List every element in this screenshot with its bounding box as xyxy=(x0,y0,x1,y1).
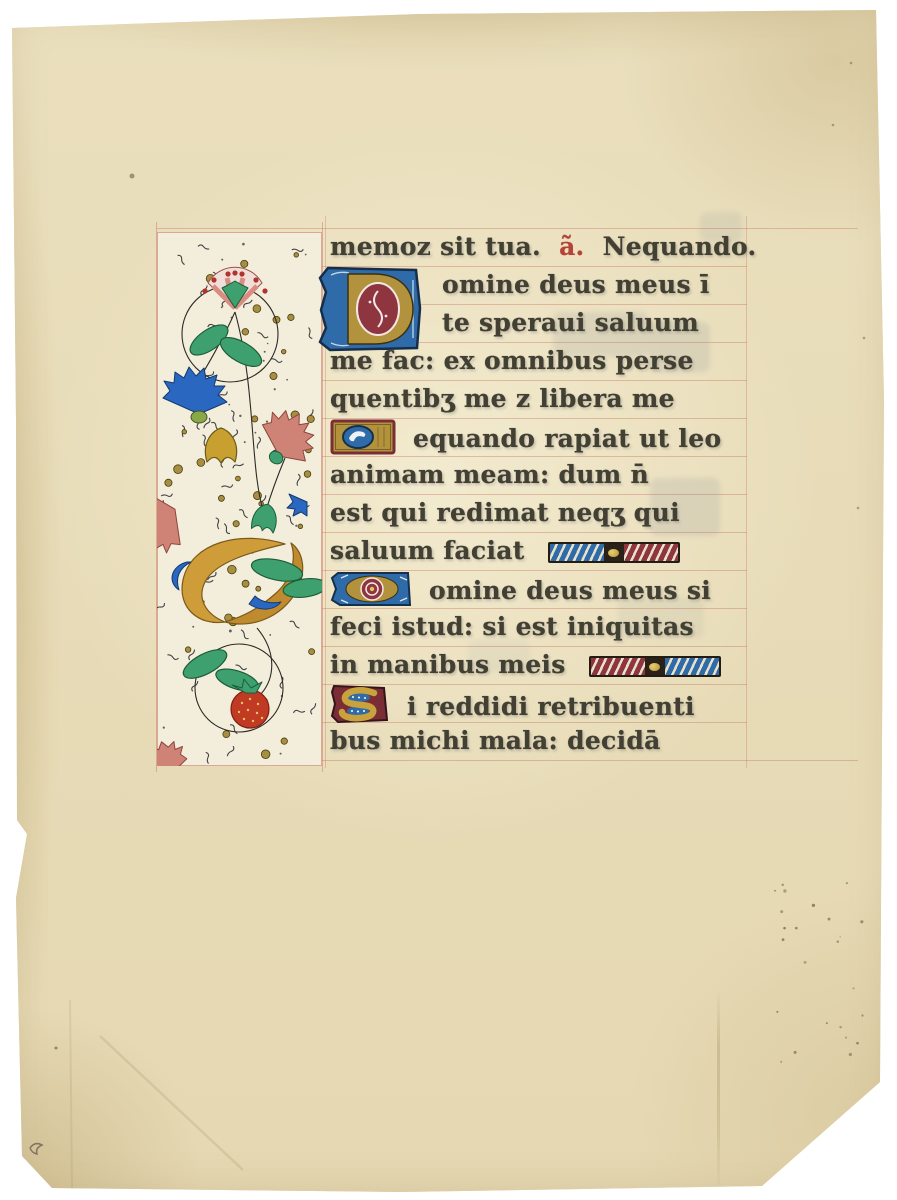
manuscript-text-line: est qui redimat neqʒ qui xyxy=(330,494,748,532)
manuscript-text-line: animam meam: dum n̄ xyxy=(330,456,748,494)
manuscript-text-line: te speraui saluum xyxy=(330,304,748,342)
line-text: saluum faciat xyxy=(330,536,525,565)
line-text: memoz sit tua. xyxy=(330,232,541,261)
line-filler xyxy=(589,656,721,677)
manuscript-text-line: equando rapiat ut leo xyxy=(330,418,748,456)
filler-left-segment xyxy=(550,544,604,561)
scanner-background: memoz sit tua. ã. Nequando.omine deus me… xyxy=(0,0,897,1200)
line-text: Nequando. xyxy=(603,232,757,261)
line-text: est qui redimat neqʒ qui xyxy=(330,498,680,527)
rubric-letter: ã. xyxy=(559,232,585,261)
manuscript-text-line: memoz sit tua. ã. Nequando. xyxy=(330,228,748,266)
line-text: animam meam: dum n̄ xyxy=(330,460,649,489)
filler-center xyxy=(604,544,624,561)
line-text xyxy=(541,232,559,261)
crease-line xyxy=(717,988,720,1194)
manuscript-text-line: omine deus meus ī xyxy=(330,266,748,304)
filler-right-segment xyxy=(624,544,678,561)
line-text: equando rapiat ut leo xyxy=(413,424,721,453)
manuscript-leaf: memoz sit tua. ã. Nequando.omine deus me… xyxy=(0,0,897,1200)
line-text: bus michi mala: decidā xyxy=(330,726,661,755)
manuscript-text-line: quentibʒ me z libera me xyxy=(330,380,748,418)
manuscript-text-line: me fac: ex omnibus perse xyxy=(330,342,748,380)
illuminated-border-panel xyxy=(157,232,322,766)
filler-gold-dot xyxy=(649,663,660,671)
illuminated-initial-S xyxy=(330,684,390,724)
line-text: te speraui saluum xyxy=(442,308,699,337)
filler-right-segment xyxy=(665,658,719,675)
line-text: omine deus meus si xyxy=(429,576,711,605)
line-text xyxy=(585,232,603,261)
line-text: omine deus meus ī xyxy=(442,270,710,299)
line-text: me fac: ex omnibus perse xyxy=(330,346,694,375)
manuscript-text-line: feci istud: si est iniquitas xyxy=(330,608,748,646)
line-filler xyxy=(548,542,680,563)
filler-left-segment xyxy=(591,658,645,675)
filler-center xyxy=(645,658,665,675)
manuscript-text-line: i reddidi retribuenti xyxy=(330,684,748,722)
illuminated-initial-N xyxy=(330,418,396,456)
manuscript-text-line: bus michi mala: decidā xyxy=(330,722,748,760)
filler-gold-dot xyxy=(608,549,619,557)
manuscript-text-line: saluum faciat xyxy=(330,532,748,570)
line-text: feci istud: si est iniquitas xyxy=(330,612,694,641)
manuscript-text-line: in manibus meis xyxy=(330,646,748,684)
line-text: in manibus meis xyxy=(330,650,566,679)
text-block: memoz sit tua. ã. Nequando.omine deus me… xyxy=(330,228,748,762)
line-text: i reddidi retribuenti xyxy=(407,692,695,721)
line-text: quentibʒ me z libera me xyxy=(330,384,675,413)
illuminated-initial-D2 xyxy=(330,570,412,608)
manuscript-text-line: omine deus meus si xyxy=(330,570,748,608)
